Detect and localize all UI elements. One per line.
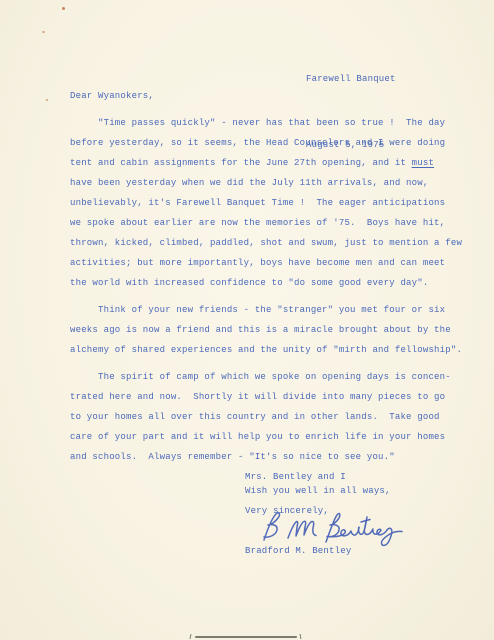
letter-line: alchemy of shared experiences and the un…: [70, 340, 462, 360]
letter-paper: Farewell Banquet August 5, 1975 Dear Wya…: [0, 0, 494, 640]
letter-body: Dear Wyanokers, "Time passes quickly" - …: [70, 86, 462, 467]
underlined-word: must: [412, 158, 434, 168]
letter-line-text: tent and cabin assignments for the June …: [70, 158, 412, 168]
letter-line: The spirit of camp of which we spoke on …: [70, 367, 462, 387]
closing-line: Mrs. Bentley and I: [245, 470, 391, 484]
paper-speck: [62, 7, 65, 10]
letter-line: care of your part and it will help you t…: [70, 427, 462, 447]
paragraph-3: The spirit of camp of which we spoke on …: [70, 367, 462, 467]
paper-speck: [46, 99, 48, 101]
paragraph-1: "Time passes quickly" - never has that b…: [70, 113, 462, 293]
letter-line: before yesterday, so it seems, the Head …: [70, 133, 462, 153]
letter-line: and schools. Always remember - "It's so …: [70, 447, 462, 467]
letter-line: activities; but more importantly, boys h…: [70, 253, 462, 273]
letter-line: Think of your new friends - the "strange…: [70, 300, 462, 320]
letter-line: tent and cabin assignments for the June …: [70, 153, 462, 173]
paragraph-2: Think of your new friends - the "strange…: [70, 300, 462, 360]
letter-line: have been yesterday when we did the July…: [70, 173, 462, 193]
letter-line: the world with increased confidence to "…: [70, 273, 462, 293]
scan-edge-mark: [195, 636, 297, 638]
closing-line: Wish you well in all ways,: [245, 484, 391, 498]
letter-line: thrown, kicked, climbed, paddled, shot a…: [70, 233, 462, 253]
letter-line: unbelievably, it's Farewell Banquet Time…: [70, 193, 462, 213]
salutation: Dear Wyanokers,: [70, 86, 462, 106]
handwritten-signature: [256, 509, 406, 547]
letter-line: to your homes all over this country and …: [70, 407, 462, 427]
letter-line: "Time passes quickly" - never has that b…: [70, 113, 462, 133]
letter-line: weeks ago is now a friend and this is a …: [70, 320, 462, 340]
paper-speck: [42, 31, 45, 33]
letter-line: trated here and now. Shortly it will div…: [70, 387, 462, 407]
letter-line: we spoke about earlier are now the memor…: [70, 213, 462, 233]
